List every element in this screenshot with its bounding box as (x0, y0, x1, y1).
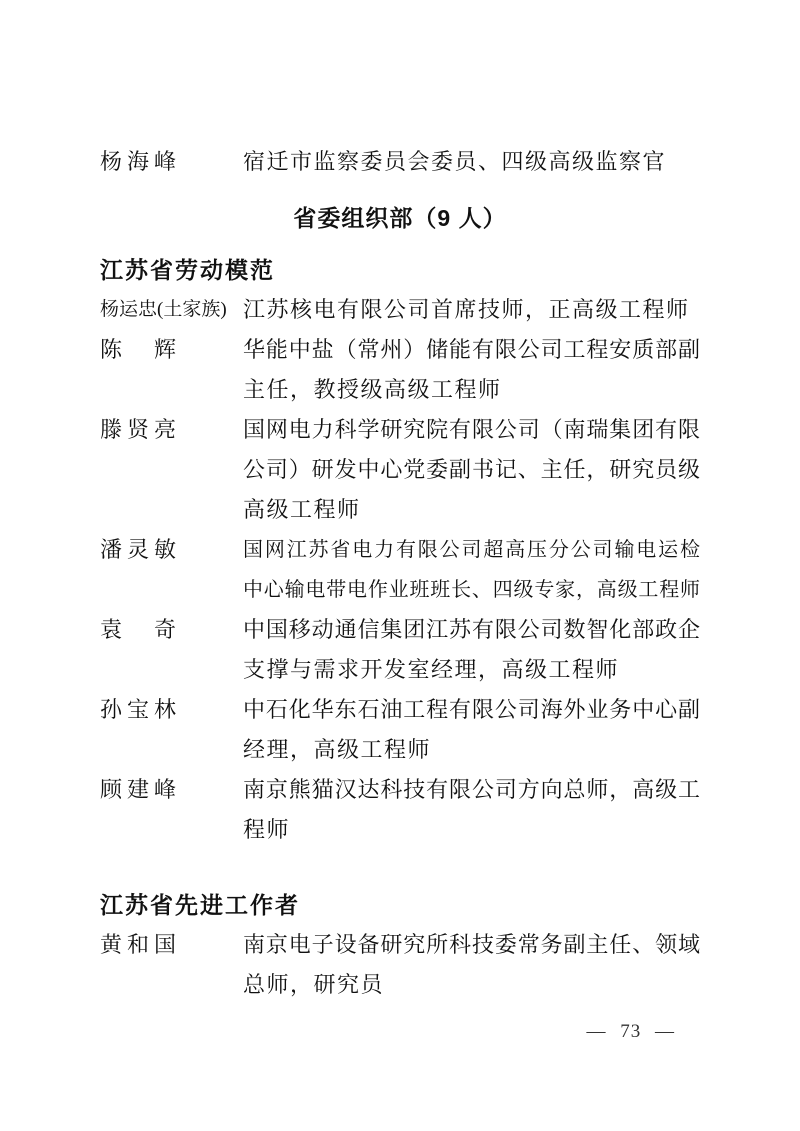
description-line: 国网电力科学研究院有限公司（南瑞集团有限 (243, 410, 700, 450)
continuation-entries: 杨海峰 宿迁市监察委员会委员、四级高级监察官 (100, 142, 700, 182)
description-line: 公司）研发中心党委副书记、主任，研究员级 (243, 450, 700, 490)
honoree-entry: 陈 辉 华能中盐（常州）储能有限公司工程安质部副主任，教授级高级工程师 (100, 330, 700, 410)
description-line: 程师 (243, 810, 700, 850)
award-category-title: 江苏省先进工作者 (100, 885, 700, 925)
honoree-name: 顾建峰 (100, 770, 243, 850)
group-entries: 黄和国 南京电子设备研究所科技委常务副主任、领域总师，研究员 (100, 925, 700, 1005)
honoree-name: 陈 辉 (100, 330, 243, 410)
honoree-entry: 杨运忠(土家族) 江苏核电有限公司首席技师，正高级工程师 (100, 290, 700, 330)
honoree-entry: 杨海峰 宿迁市监察委员会委员、四级高级监察官 (100, 142, 700, 182)
honoree-description: 南京熊猫汉达科技有限公司方向总师，高级工程师 (243, 770, 700, 850)
page-footer: — 73 — (100, 1020, 700, 1044)
honoree-description: 中国移动通信集团江苏有限公司数智化部政企支撑与需求开发室经理，高级工程师 (243, 610, 700, 690)
honoree-description: 国网江苏省电力有限公司超高压分公司输电运检中心输电带电作业班班长、四级专家，高级… (243, 530, 700, 610)
honoree-description: 国网电力科学研究院有限公司（南瑞集团有限公司）研发中心党委副书记、主任，研究员级… (243, 410, 700, 530)
honoree-description: 宿迁市监察委员会委员、四级高级监察官 (243, 142, 700, 182)
description-line: 高级工程师 (243, 490, 700, 530)
description-line: 宿迁市监察委员会委员、四级高级监察官 (243, 142, 700, 182)
honoree-name: 袁 奇 (100, 610, 243, 690)
description-line: 支撑与需求开发室经理，高级工程师 (243, 650, 700, 690)
award-group: 江苏省先进工作者 黄和国 南京电子设备研究所科技委常务副主任、领域总师，研究员 (100, 885, 700, 1005)
honoree-entry: 袁 奇 中国移动通信集团江苏有限公司数智化部政企支撑与需求开发室经理，高级工程师 (100, 610, 700, 690)
award-group: 江苏省劳动模范 杨运忠(土家族) 江苏核电有限公司首席技师，正高级工程师 陈 辉… (100, 250, 700, 850)
honoree-entry: 滕贤亮 国网电力科学研究院有限公司（南瑞集团有限公司）研发中心党委副书记、主任，… (100, 410, 700, 530)
honoree-name: 潘灵敏 (100, 530, 243, 610)
honoree-name: 滕贤亮 (100, 410, 243, 530)
honoree-entry: 黄和国 南京电子设备研究所科技委常务副主任、领域总师，研究员 (100, 925, 700, 1005)
honoree-name: 孙宝林 (100, 690, 243, 770)
honoree-entry: 潘灵敏 国网江苏省电力有限公司超高压分公司输电运检中心输电带电作业班班长、四级专… (100, 530, 700, 610)
honoree-description: 南京电子设备研究所科技委常务副主任、领域总师，研究员 (243, 925, 700, 1005)
honoree-description: 江苏核电有限公司首席技师，正高级工程师 (243, 290, 700, 330)
description-line: 南京电子设备研究所科技委常务副主任、领域 (243, 925, 700, 965)
description-line: 中石化华东石油工程有限公司海外业务中心副 (243, 690, 700, 730)
award-category-title: 江苏省劳动模范 (100, 250, 700, 290)
honoree-name: 杨海峰 (100, 142, 243, 182)
description-line: 南京熊猫汉达科技有限公司方向总师，高级工 (243, 770, 700, 810)
description-line: 中国移动通信集团江苏有限公司数智化部政企 (243, 610, 700, 650)
document-page: 杨海峰 宿迁市监察委员会委员、四级高级监察官 省委组织部（9 人） 江苏省劳动模… (0, 0, 800, 1131)
honoree-description: 中石化华东石油工程有限公司海外业务中心副经理，高级工程师 (243, 690, 700, 770)
group-entries: 杨运忠(土家族) 江苏核电有限公司首席技师，正高级工程师 陈 辉 华能中盐（常州… (100, 290, 700, 850)
honoree-name: 杨运忠(土家族) (100, 290, 243, 330)
description-line: 总师，研究员 (243, 965, 700, 1005)
description-line: 经理，高级工程师 (243, 730, 700, 770)
honoree-entry: 顾建峰 南京熊猫汉达科技有限公司方向总师，高级工程师 (100, 770, 700, 850)
honoree-entry: 孙宝林 中石化华东石油工程有限公司海外业务中心副经理，高级工程师 (100, 690, 700, 770)
description-line: 主任，教授级高级工程师 (243, 370, 700, 410)
description-line: 江苏核电有限公司首席技师，正高级工程师 (243, 290, 700, 330)
description-line: 华能中盐（常州）储能有限公司工程安质部副 (243, 330, 700, 370)
award-groups: 江苏省劳动模范 杨运忠(土家族) 江苏核电有限公司首席技师，正高级工程师 陈 辉… (100, 250, 700, 1005)
department-heading: 省委组织部（9 人） (100, 198, 700, 238)
honoree-description: 华能中盐（常州）储能有限公司工程安质部副主任，教授级高级工程师 (243, 330, 700, 410)
description-line: 国网江苏省电力有限公司超高压分公司输电运检 (243, 530, 700, 570)
page-number: — 73 — (587, 1021, 676, 1042)
honoree-name: 黄和国 (100, 925, 243, 1005)
description-line: 中心输电带电作业班班长、四级专家，高级工程师 (243, 570, 700, 610)
